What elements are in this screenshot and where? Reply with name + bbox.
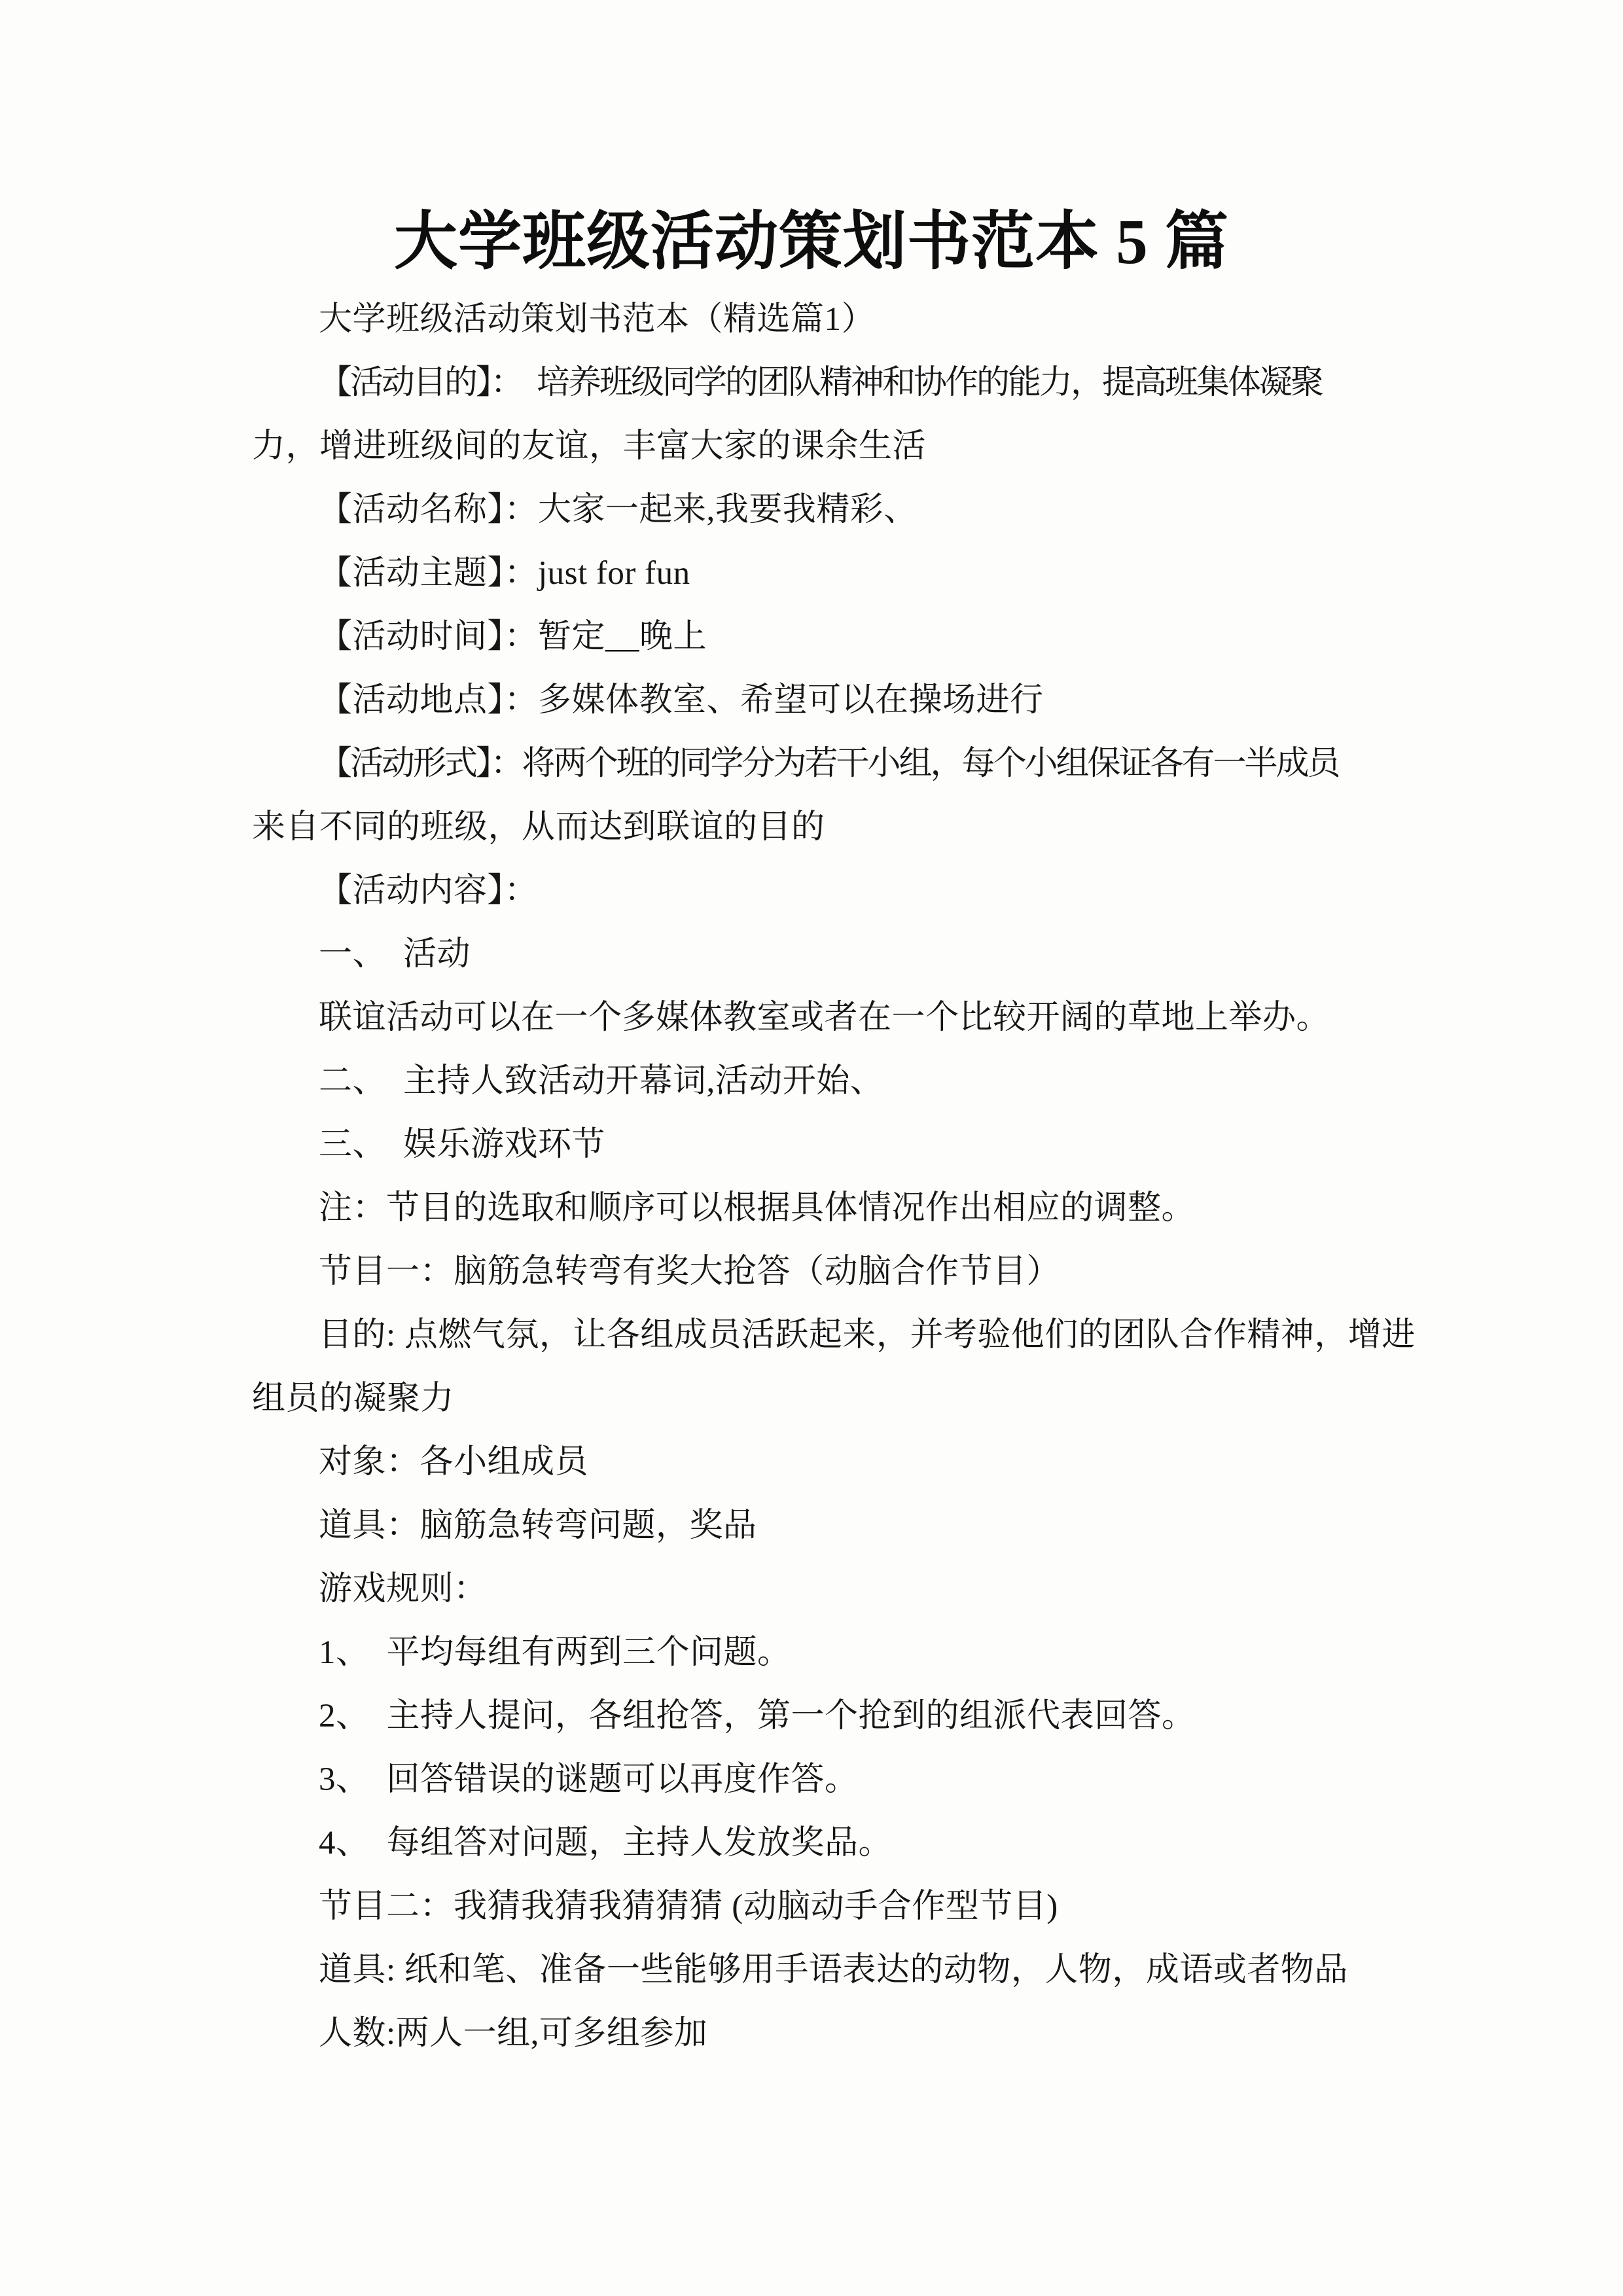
text-line: 【活动名称】：大家一起来,我要我精彩、 [252, 478, 1371, 542]
text-line: 道具: 纸和笔、准备一些能够用手语表达的动物，人物，成语或者物品 [252, 1939, 1371, 2002]
text-line: 【活动地点】：多媒体教室、希望可以在操场进行 [252, 669, 1371, 732]
text-line: 节目一：脑筋急转弯有奖大抢答（动脑合作节目） [252, 1240, 1371, 1304]
text-line: 1、 平均每组有两到三个问题。 [252, 1621, 1371, 1685]
text-line: 来自不同的班级，从而达到联谊的目的 [252, 796, 1371, 859]
text-line: 力，增进班级间的友谊，丰富大家的课余生活 [252, 415, 1371, 478]
page-title: 大学班级活动策划书范本 5 篇 [252, 196, 1371, 288]
text-line: 道具：脑筋急转弯问题，奖品 [252, 1494, 1371, 1558]
document-content: 大学班级活动策划书范本 5 篇 大学班级活动策划书范本（精选篇1） 【活动目的】… [252, 196, 1371, 2066]
text-line: 【活动形式】：将两个班的同学分为若干小组，每个小组保证各有一半成员 [252, 732, 1371, 796]
document-body: 大学班级活动策划书范本（精选篇1） 【活动目的】： 培养班级同学的团队精神和协作… [252, 288, 1371, 2066]
text-line: 【活动内容】： [252, 859, 1371, 923]
text-line: 【活动时间】：暂定__晚上 [252, 605, 1371, 669]
text-line: 2、 主持人提问，各组抢答，第一个抢到的组派代表回答。 [252, 1685, 1371, 1748]
text-line: 3、 回答错误的谜题可以再度作答。 [252, 1748, 1371, 1812]
text-line: 二、 主持人致活动开幕词,活动开始、 [252, 1050, 1371, 1113]
text-line: 组员的凝聚力 [252, 1367, 1371, 1431]
text-line: 联谊活动可以在一个多媒体教室或者在一个比较开阔的草地上举办。 [252, 986, 1371, 1050]
document-page: { "page": { "title": "大学班级活动策划书范本 5 篇", … [0, 0, 1623, 2296]
text-line: 【活动目的】： 培养班级同学的团队精神和协作的能力，提高班集体凝聚 [252, 351, 1371, 415]
text-line: 目的: 点燃气氛，让各组成员活跃起来，并考验他们的团队合作精神，增进 [252, 1304, 1371, 1367]
text-line: 大学班级活动策划书范本（精选篇1） [252, 288, 1371, 351]
text-line: 注：节目的选取和顺序可以根据具体情况作出相应的调整。 [252, 1177, 1371, 1240]
text-line: 节目二：我猜我猜我猜猜猜 (动脑动手合作型节目) [252, 1875, 1371, 1939]
text-line: 【活动主题】：just for fun [252, 542, 1371, 605]
text-line: 一、 活动 [252, 923, 1371, 986]
text-line: 4、 每组答对问题，主持人发放奖品。 [252, 1812, 1371, 1875]
text-line: 人数:两人一组,可多组参加 [252, 2002, 1371, 2066]
text-line: 三、 娱乐游戏环节 [252, 1113, 1371, 1177]
text-line: 游戏规则： [252, 1558, 1371, 1621]
text-line: 对象：各小组成员 [252, 1431, 1371, 1494]
